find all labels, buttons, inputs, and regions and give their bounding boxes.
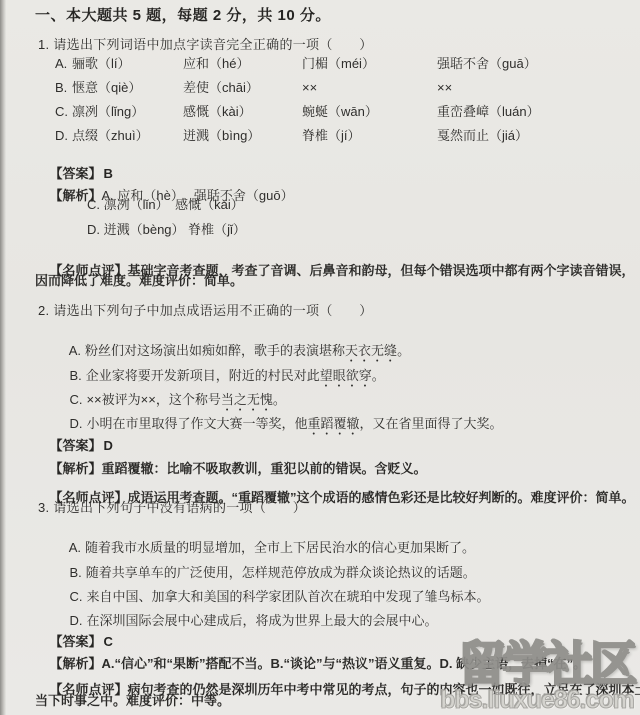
site-watermark: 留学社区 bbs.liuxue86.com: [440, 640, 634, 713]
q2-option-d: D.小明在市里取得了作文大赛一等奖，他重蹈覆辙，又在省里面得了大奖。: [55, 400, 503, 416]
option-text: 。: [397, 343, 410, 358]
word-pinyin: 脊椎（jí）: [302, 128, 361, 144]
option-label: C.: [55, 104, 68, 120]
option-label: B.: [55, 80, 67, 96]
section-header: 一、本大题共 5 题，每题 2 分，共 10 分。: [35, 8, 331, 24]
option-label: A.: [55, 56, 67, 72]
option-text: 。: [372, 368, 385, 383]
q1-comment-line-2: 因而降低了难度。难度评价：简单。: [35, 273, 243, 289]
question-2-stem: 2. 请选出下列句子中加点成语运用不正确的一项（ ）: [38, 303, 373, 319]
word-pinyin: 重峦叠嶂（luán）: [437, 104, 540, 120]
word-pinyin: 凛冽（lǐng）: [72, 104, 144, 120]
word-pinyin: 门楣（méi）: [302, 56, 375, 72]
option-text: ，又在省里面得了大奖。: [359, 416, 502, 431]
q1-analysis-line-1: 【解析】A. 应和（hè） 强聒不舍（guō）: [35, 172, 294, 188]
word-pinyin: 强聒不舍（guā）: [437, 56, 537, 72]
word-pinyin: 戛然而止（jiá）: [437, 128, 528, 144]
word-pinyin: 骊歌（lí）: [72, 56, 131, 72]
q3-option-a: A.随着我市水质量的明显增加，全市上下居民治水的信心更加果断了。: [55, 524, 475, 540]
scan-left-edge: [0, 0, 6, 715]
q3-answer-line: 【答案】C: [35, 618, 113, 634]
q2-option-a: A.粉丝们对这场演出如痴如醉，歌手的表演堪称天衣无缝。: [55, 327, 410, 343]
word-pinyin: 差使（chāi）: [183, 80, 259, 96]
option-label: D.: [55, 128, 68, 144]
q1-option-row-c: C. 凛冽（lǐng） 感慨（kài） 蜿蜒（wān） 重峦叠嶂（luán）: [55, 104, 640, 120]
option-text: 小明在市里取得了作文大赛一等奖，他: [86, 416, 307, 431]
q1-option-row-b: B. 惬意（qiè） 差使（chāi） ×× ××: [55, 80, 640, 96]
q2-comment-line: 【名师点评】成语运用考查题。“重蹈覆辙”这个成语的感情色彩还是比较好判断的。难度…: [35, 474, 634, 490]
word-pinyin: ××: [302, 80, 317, 96]
question-3-stem: 3. 请选出下列句子中没有语病的一项（ ）: [38, 500, 306, 516]
word-pinyin: 点缀（zhuì）: [72, 128, 149, 144]
q1-option-row-a: A. 骊歌（lí） 应和（hé） 门楣（méi） 强聒不舍（guā）: [55, 56, 640, 72]
q1-analysis-line-2: C. 凛冽（lǐn） 感慨（kǎi）: [87, 197, 244, 213]
word-pinyin: 迸溅（bìng）: [183, 128, 260, 144]
word-pinyin: ××: [437, 80, 452, 96]
q1-option-row-d: D. 点缀（zhuì） 迸溅（bìng） 脊椎（jí） 戛然而止（jiá）: [55, 128, 640, 144]
q3-option-b: B.随着共享单车的广泛使用，怎样规范停放成为群众谈论热议的话题。: [55, 549, 476, 565]
exam-document: 一、本大题共 5 题，每题 2 分，共 10 分。 1. 请选出下列词语中加点字…: [0, 0, 640, 715]
emphasized-idiom: 望眼欲穿: [320, 368, 372, 383]
emphasized-idiom: 重蹈覆辙: [307, 416, 359, 431]
q3-option-c: C.来自中国、加拿大和美国的科学家团队首次在琥珀中发现了雏鸟标本。: [55, 573, 489, 589]
word-pinyin: 感慨（kài）: [183, 104, 252, 120]
word-pinyin: 蜿蜒（wān）: [302, 104, 378, 120]
watermark-url-text: bbs.liuxue86.com: [440, 688, 634, 713]
q2-option-c: C.××被评为××，这个称号当之无愧。: [55, 376, 286, 392]
q3-comment-line-2: 当下时事之中。难度评价：中等。: [35, 693, 230, 709]
q2-analysis-line: 【解析】重蹈覆辙：比喻不吸取教训，重犯以前的错误。含贬义。: [35, 445, 426, 461]
watermark-logo-text: 留学社区: [440, 640, 634, 687]
q1-comment-line-1: 【名师点评】基础字音考查题，考查了音调、后鼻音和韵母，但每个错误选项中都有两个字…: [35, 247, 634, 263]
q3-option-d: D.在深圳国际会展中心建成后，将成为世界上最大的会展中心。: [55, 597, 437, 613]
word-pinyin: 应和（hé）: [183, 56, 249, 72]
q2-option-b: B.企业家将要开发新项目，附近的村民对此望眼欲穿。: [55, 352, 385, 368]
word-pinyin: 惬意（qiè）: [72, 80, 141, 96]
q2-answer-line: 【答案】D: [35, 422, 113, 438]
question-1-stem: 1. 请选出下列词语中加点字读音完全正确的一项（ ）: [38, 37, 373, 53]
q1-analysis-line-3: D. 迸溅（bèng） 脊椎（jǐ）: [87, 222, 246, 238]
q1-answer-line: 【答案】B: [35, 150, 113, 166]
option-text: 在深圳国际会展中心建成后，将成为世界上最大的会展中心。: [86, 613, 437, 628]
